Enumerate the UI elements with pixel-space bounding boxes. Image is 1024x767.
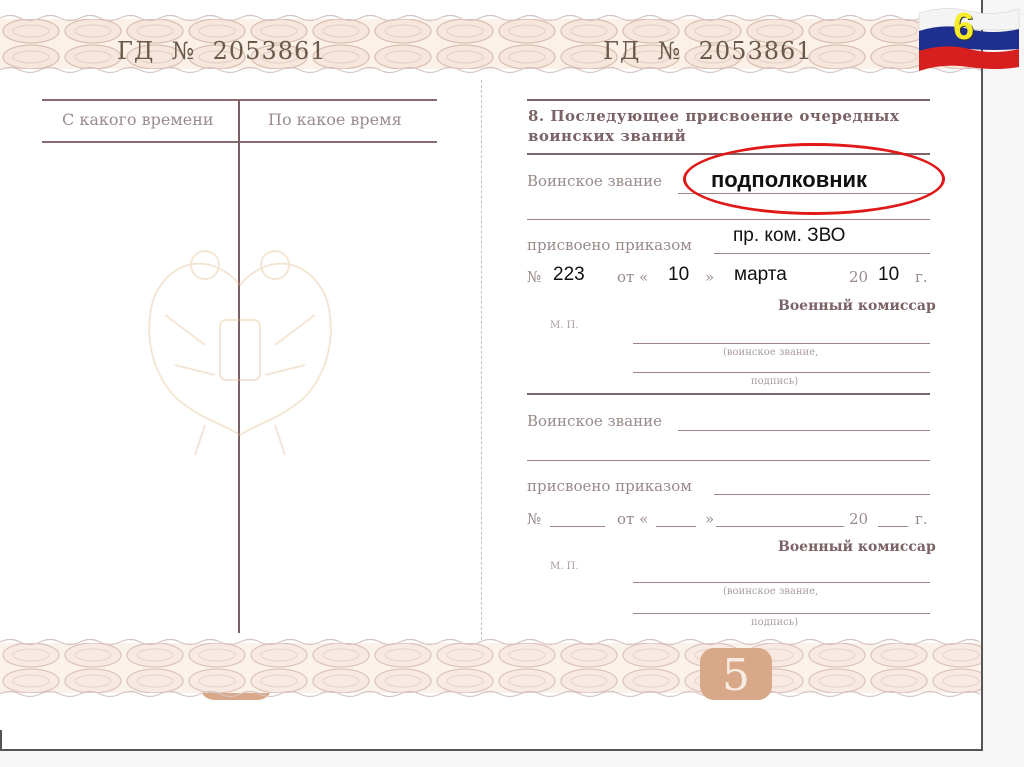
day-field-2[interactable] <box>656 526 696 527</box>
order-month-1: марта <box>734 264 787 286</box>
section-top-rule <box>527 99 930 101</box>
order-field-1-line <box>714 253 930 254</box>
signature-caption-1a: (воинское звание, <box>723 347 818 358</box>
year-suffix-1: г. <box>915 268 928 286</box>
month-field-2[interactable] <box>716 526 844 527</box>
from-label-2: от « <box>617 510 648 528</box>
close-quote-1: » <box>705 268 714 286</box>
commissar-label-1: Военный комиссар <box>778 298 936 314</box>
highlight-oval <box>683 143 945 215</box>
section-title: 8. Последующее присвоение очередных воин… <box>528 106 899 146</box>
rank-field-1-line2 <box>527 219 930 220</box>
page-number-right: 5 <box>700 650 772 701</box>
year-suffix-2: г. <box>915 510 928 528</box>
order-label-1: присвоено приказом <box>527 236 692 254</box>
from-label-1: от « <box>617 268 648 286</box>
column-header-from: С какого времени <box>62 110 214 129</box>
number-label-2: № <box>527 510 541 528</box>
left-edge-mark <box>0 730 2 750</box>
right-serial-number: ГД № 2053861 <box>603 37 813 65</box>
signature-line-1b <box>633 372 930 373</box>
order-year-1: 10 <box>878 264 899 286</box>
year-prefix-1: 20 <box>849 268 868 286</box>
order-day-1: 10 <box>668 264 689 286</box>
commissar-label-2: Военный комиссар <box>778 539 936 555</box>
stamp-label-1: М. П. <box>550 320 579 331</box>
close-quote-2: » <box>705 510 714 528</box>
document-sheet: ГД № 2053861 ГД № 2053861 С какого време… <box>0 0 983 751</box>
rank-label-1: Воинское звание <box>527 172 662 190</box>
coat-of-arms-watermark-icon <box>135 225 345 465</box>
column-header-to: По какое время <box>268 110 402 129</box>
page-number-badge-right: 5 <box>700 648 772 700</box>
signature-caption-2a: (воинское звание, <box>723 586 818 597</box>
signature-line-2a <box>633 582 930 583</box>
number-label-1: № <box>527 268 541 286</box>
number-field-2[interactable] <box>550 526 605 527</box>
year-field-2[interactable] <box>878 526 908 527</box>
order-field-2-line[interactable] <box>714 494 930 495</box>
bottom-ornament-band <box>0 637 981 699</box>
rank-label-2: Воинское звание <box>527 412 662 430</box>
order-value-1: пр. ком. ЗВО <box>733 225 845 247</box>
signature-caption-1b: подпись) <box>751 376 798 387</box>
signature-line-1a <box>633 343 930 344</box>
page-fold <box>481 80 482 640</box>
order-number-1: 223 <box>553 264 585 286</box>
left-serial-number: ГД № 2053861 <box>117 37 327 65</box>
rank-field-2-line2 <box>527 460 930 461</box>
stamp-label-2: М. П. <box>550 561 579 572</box>
slide-number: 6 <box>953 6 974 49</box>
section-title-line1: 8. Последующее присвоение очередных <box>528 106 899 126</box>
year-prefix-2: 20 <box>849 510 868 528</box>
order-label-2: присвоено приказом <box>527 477 692 495</box>
signature-caption-2b: подпись) <box>751 617 798 628</box>
signature-line-2b <box>633 613 930 614</box>
rank-field-2-line[interactable] <box>678 430 930 431</box>
entry-divider <box>527 393 930 395</box>
